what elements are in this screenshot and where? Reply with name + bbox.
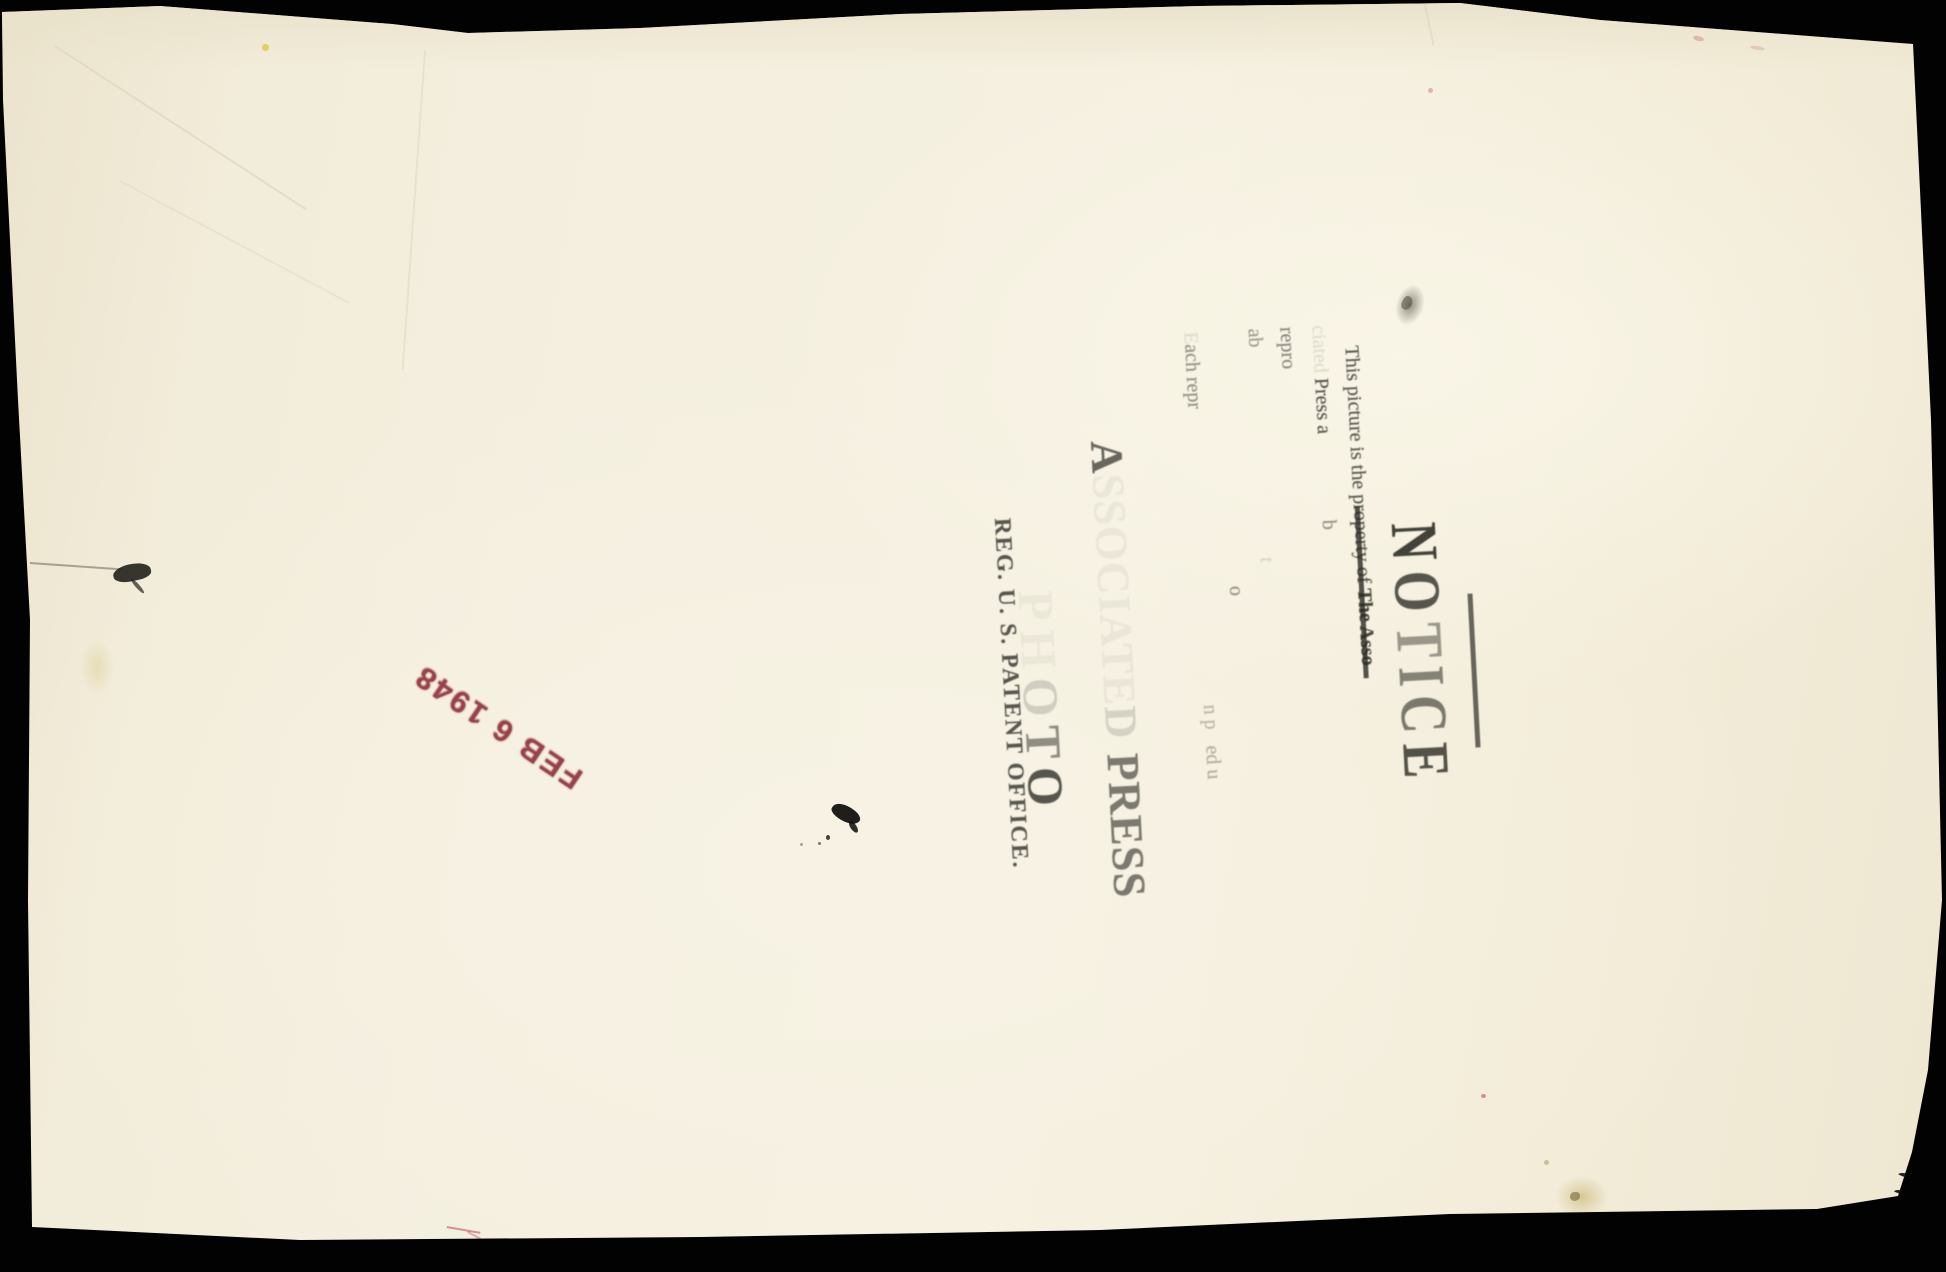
- stamp-text: ciated: [1307, 325, 1332, 379]
- scratch-ink-hook: [130, 578, 146, 595]
- crease-line: [54, 45, 307, 210]
- notice-letter: O: [1382, 569, 1450, 614]
- stamp-text: A: [1081, 439, 1133, 475]
- red-pencil-scribble: [447, 1226, 481, 1234]
- ink-speck: [826, 835, 830, 840]
- stamp-text: SSOCIATE: [1083, 473, 1145, 708]
- crease-line: [119, 180, 350, 304]
- scanned-photo-back: NOTICE This picture is the property of T…: [0, 0, 1946, 1272]
- stamp-text: Press a: [1310, 377, 1335, 434]
- stamp-text: n p: [1199, 704, 1222, 730]
- notice-letter: N: [1380, 520, 1448, 562]
- photo-paper: NOTICE This picture is the property of T…: [0, 0, 1946, 1272]
- notice-letter: T: [1385, 621, 1453, 660]
- ink-blob: [829, 798, 862, 829]
- yellow-stain: [1556, 1176, 1608, 1218]
- pink-speck: [1750, 45, 1765, 51]
- pen-check-mark: [1898, 1170, 1940, 1189]
- stamp-text: D: [1095, 705, 1147, 741]
- date-stamp: FEB 6 1948: [407, 657, 589, 796]
- stamp-text: t: [1255, 557, 1277, 564]
- yellow-speck: [262, 44, 269, 51]
- ink-speck: [800, 843, 803, 846]
- stamp-text: repro: [1275, 326, 1299, 369]
- stamp-text: The Asso: [1353, 588, 1379, 666]
- stamp-text: This picture is the property of: [1340, 345, 1375, 589]
- stamp-text: ach repr: [1180, 344, 1205, 410]
- crease-line: [402, 50, 426, 369]
- scratch-line: [30, 562, 122, 570]
- stamp-text: o: [1225, 585, 1247, 596]
- stamp-text: b: [1317, 519, 1339, 530]
- ink-speck: [818, 842, 821, 845]
- stamp-text: ab: [1243, 328, 1266, 348]
- stamp-text: ed u: [1201, 745, 1225, 780]
- notice-letter: E: [1391, 741, 1459, 780]
- notice-letter: I: [1387, 664, 1454, 689]
- associated-press-line: ASSOCIATEDPRESS: [1080, 439, 1156, 899]
- ap-notice-stamp: NOTICE This picture is the property of T…: [956, 317, 1506, 923]
- yellow-stain: [80, 638, 114, 696]
- pink-speck: [1428, 88, 1433, 93]
- stain-speck: [1544, 1160, 1549, 1165]
- pink-speck: [1693, 35, 1705, 43]
- notice-overline-rule: [1467, 594, 1480, 748]
- stamp-text: PRESS: [1097, 752, 1155, 899]
- notice-letter: C: [1389, 693, 1457, 735]
- red-speck: [1481, 1094, 1486, 1098]
- pen-check-mark: [1894, 1187, 1938, 1203]
- crease-line: [1423, 2, 1434, 45]
